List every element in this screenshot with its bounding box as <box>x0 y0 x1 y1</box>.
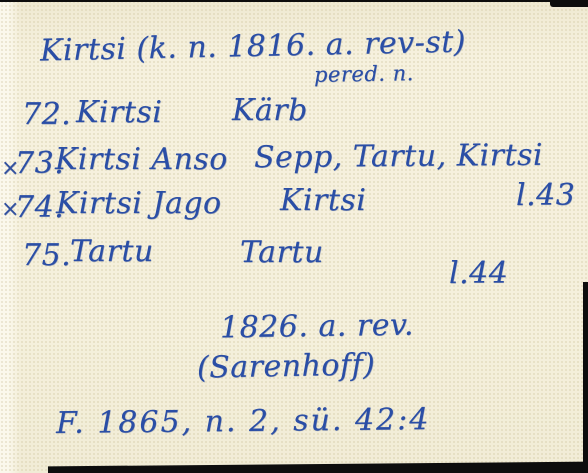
entry-number: 72. <box>22 100 71 130</box>
revision-note: 1826. a. rev. <box>220 311 414 344</box>
card-title-annotation: pered. n. <box>314 63 414 86</box>
scan-edge-bottom <box>48 462 588 473</box>
entry-name: Tartu <box>70 237 154 267</box>
entry-name: Kirtsi <box>76 98 162 128</box>
entry-name: Kirtsi Jago <box>56 189 222 219</box>
entry-detail: Kärb <box>232 96 308 126</box>
index-card-scan: Kirtsi (k. n. 1816. a. rev-st) pered. n.… <box>0 0 588 473</box>
revision-author: (Sarenhoff) <box>197 350 376 383</box>
archive-reference: F. 1865, n. 2, sü. 42:4 <box>56 405 431 439</box>
entry-name: Kirtsi Anso <box>55 145 228 175</box>
scan-edge-right <box>583 282 588 473</box>
scan-edge-top <box>0 0 588 2</box>
entry-detail: Tartu <box>240 238 324 268</box>
entry-detail: Sepp, Tartu, Kirtsi <box>254 141 543 174</box>
entry-page-ref: l.44 <box>449 259 508 289</box>
entry-page-ref: l.43 <box>516 181 575 211</box>
scan-edge-top-right <box>550 0 588 7</box>
entry-detail: Kirtsi <box>280 186 366 216</box>
entry-number: 75. <box>22 241 71 271</box>
